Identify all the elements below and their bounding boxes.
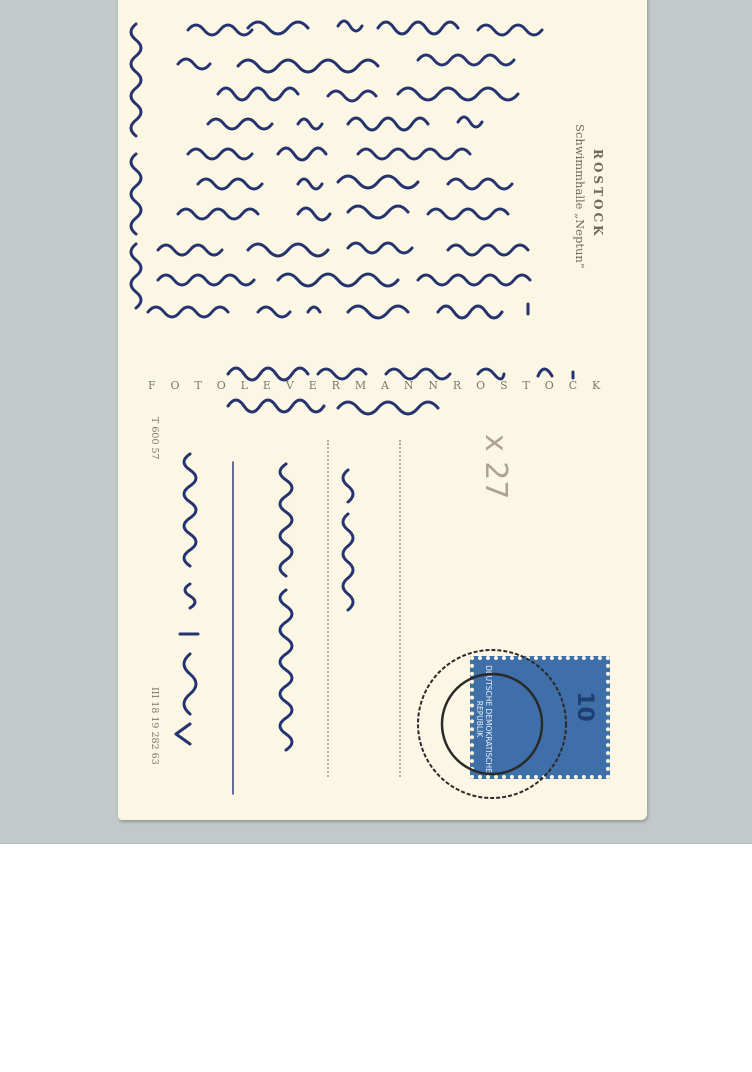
postcard-back: ROSTOCK Schwimmhalle „Neptun“ F O T O L … bbox=[118, 0, 647, 820]
postmark bbox=[400, 634, 630, 814]
handwriting-line bbox=[228, 400, 438, 414]
address-line-1-ink bbox=[280, 464, 292, 750]
handwriting-line bbox=[208, 117, 482, 130]
handwriting-line bbox=[178, 206, 508, 220]
stamp-area: DEUTSCHE DEMOKRATISCHE REPUBLIK 10 bbox=[400, 634, 630, 814]
pencil-reference: x 27 bbox=[478, 434, 513, 499]
handwriting-line bbox=[228, 368, 573, 380]
handwriting-line bbox=[148, 304, 528, 318]
handwriting-line bbox=[218, 88, 518, 101]
recipient-name-ink bbox=[343, 470, 353, 610]
handwriting-line bbox=[188, 21, 542, 35]
address-line-2-ink bbox=[176, 454, 198, 744]
handwriting-line bbox=[188, 148, 470, 160]
handwriting-line bbox=[158, 274, 530, 286]
handwriting-closing bbox=[131, 24, 141, 308]
handwriting-line bbox=[158, 243, 528, 256]
handwriting-line bbox=[178, 55, 514, 72]
handwriting-line bbox=[198, 176, 512, 189]
